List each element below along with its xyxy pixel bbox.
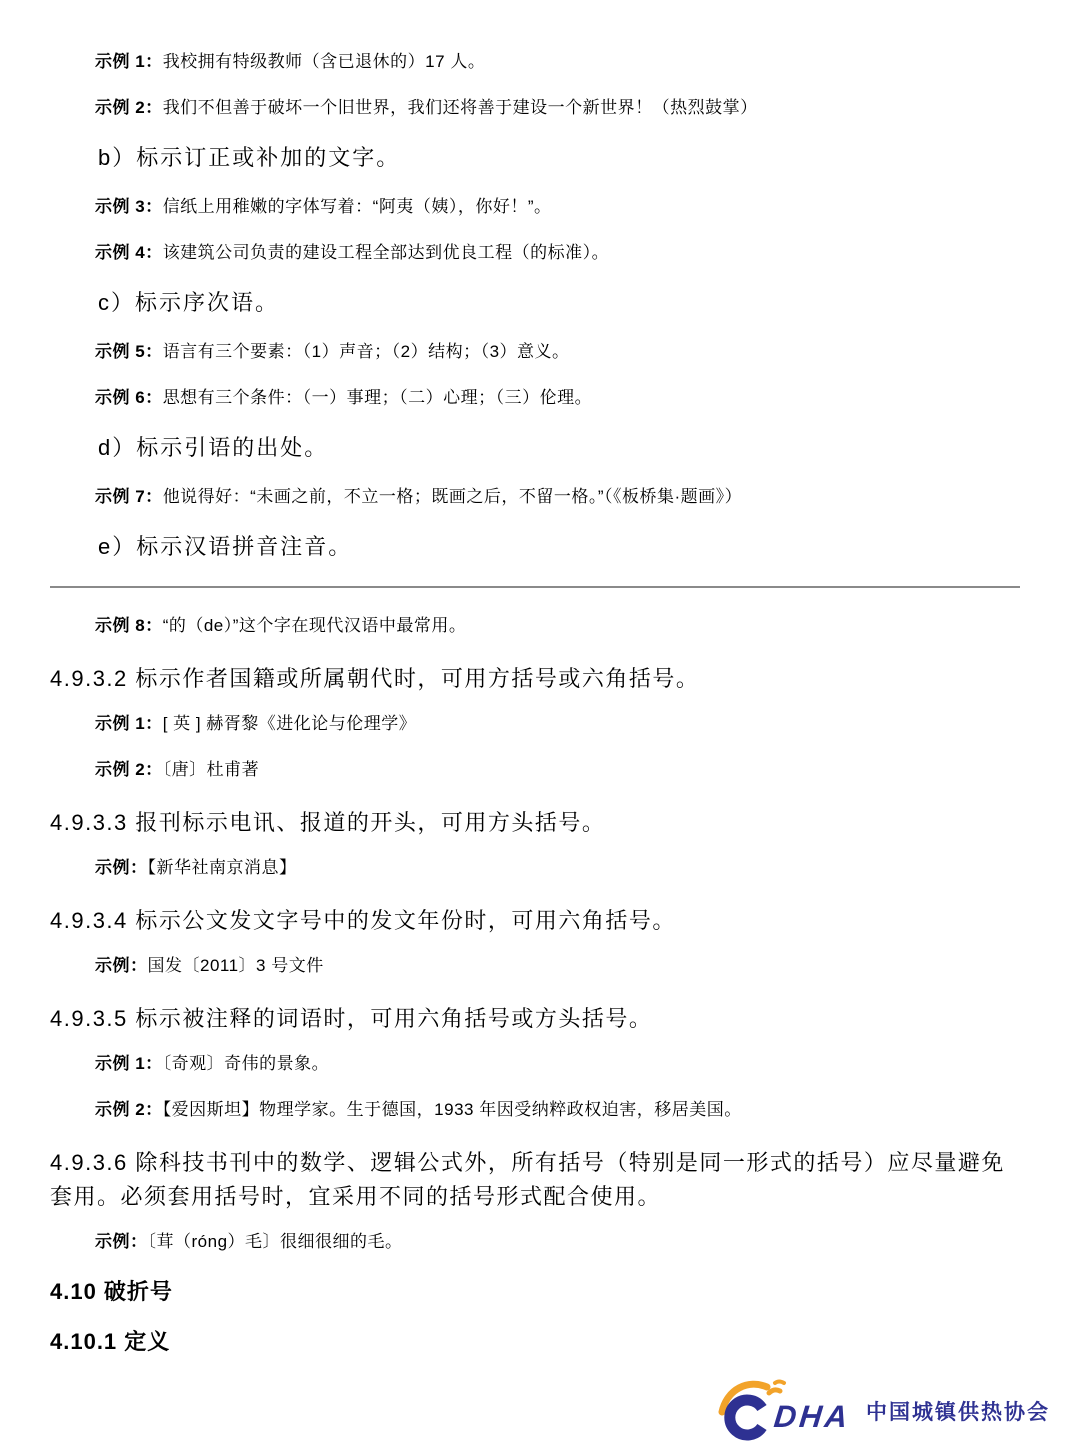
- example-text: 【新华社南京消息】: [148, 858, 297, 877]
- example-text: 〔奇观〕奇伟的景象。: [163, 1054, 330, 1073]
- logo-acronym: DHA: [772, 1399, 852, 1435]
- section-heading-4-10-1: 4.10.1 定义: [50, 1328, 1020, 1355]
- example-line-11: 示例：【新华社南京消息】: [95, 858, 1020, 878]
- example-line-13: 示例 1：〔奇观〕奇伟的景象。: [95, 1054, 1020, 1074]
- document-page: 示例 1：我校拥有特级教师（含已退休的）17 人。 示例 2：我们不但善于破坏一…: [0, 0, 1075, 1450]
- example-line-9: 示例 1：[ 英 ] 赫胥黎《进化论与伦理学》: [95, 714, 1020, 734]
- example-text: 我校拥有特级教师（含已退休的）17 人。: [163, 52, 486, 71]
- example-line-14: 示例 2：【爱因斯坦】物理学家。生于德国，1933 年因受纳粹政权迫害，移居美国…: [95, 1100, 1020, 1120]
- example-label: 示例 3：: [95, 197, 163, 216]
- example-line-6: 示例 6：思想有三个条件：（一）事理；（二）心理；（三）伦理。: [95, 388, 1020, 408]
- example-label: 示例 7：: [95, 487, 163, 506]
- list-item-c: c）标示序次语。: [98, 289, 1020, 316]
- example-line-1: 示例 1：我校拥有特级教师（含已退休的）17 人。: [95, 52, 1020, 72]
- logo-org-name: 中国城镇供热协会: [866, 1396, 1050, 1426]
- example-label: 示例 2：: [95, 760, 163, 779]
- example-label: 示例：: [95, 858, 148, 877]
- example-label: 示例：: [95, 1232, 148, 1251]
- example-label: 示例 8：: [95, 616, 163, 635]
- list-item-e: e）标示汉语拼音注音。: [98, 533, 1020, 560]
- example-label: 示例 5：: [95, 342, 163, 361]
- example-line-3: 示例 3：信纸上用稚嫩的字体写着：“阿夷（姨），你好！”。: [95, 197, 1020, 217]
- example-line-7: 示例 7：他说得好：“未画之前，不立一格；既画之后，不留一格。”（《板桥集·题画…: [95, 487, 1020, 507]
- example-label: 示例 4：: [95, 243, 163, 262]
- example-label: 示例 2：: [95, 1100, 163, 1119]
- example-text: “的（de）”这个字在现代汉语中最常用。: [163, 616, 467, 635]
- example-label: 示例 1：: [95, 714, 163, 733]
- example-label: 示例 2：: [95, 98, 163, 117]
- example-text: 〔茸（róng）毛〕很细很细的毛。: [148, 1232, 403, 1251]
- example-label: 示例 1：: [95, 52, 163, 71]
- example-line-12: 示例：国发〔2011〕3 号文件: [95, 956, 1020, 976]
- example-label: 示例 6：: [95, 388, 163, 407]
- example-text: 【爱因斯坦】物理学家。生于德国，1933 年因受纳粹政权迫害，移居美国。: [163, 1100, 742, 1119]
- example-text: 信纸上用稚嫩的字体写着：“阿夷（姨），你好！”。: [163, 197, 552, 216]
- example-text: 国发〔2011〕3 号文件: [148, 956, 324, 975]
- section-heading-4-9-3-5: 4.9.3.5 标示被注释的词语时，可用六角括号或方头括号。: [50, 1002, 1020, 1036]
- example-label: 示例：: [95, 956, 148, 975]
- example-label: 示例 1：: [95, 1054, 163, 1073]
- example-text: 语言有三个要素：（1）声音；（2）结构；（3）意义。: [163, 342, 570, 361]
- example-text: 思想有三个条件：（一）事理；（二）心理；（三）伦理。: [163, 388, 593, 407]
- example-line-15: 示例：〔茸（róng）毛〕很细很细的毛。: [95, 1232, 1020, 1252]
- example-text: 该建筑公司负责的建设工程全部达到优良工程（的标准）。: [163, 243, 610, 262]
- section-heading-4-9-3-6: 4.9.3.6 除科技书刊中的数学、逻辑公式外，所有括号（特别是同一形式的括号）…: [50, 1146, 1020, 1214]
- example-text: 他说得好：“未画之前，不立一格；既画之后，不留一格。”（《板桥集·题画》）: [163, 487, 742, 506]
- list-item-b: b）标示订正或补加的文字。: [98, 144, 1020, 171]
- example-text: 我们不但善于破坏一个旧世界，我们还将善于建设一个新世界！（热烈鼓掌）: [163, 98, 758, 117]
- example-line-8: 示例 8：“的（de）”这个字在现代汉语中最常用。: [95, 616, 1020, 636]
- example-line-4: 示例 4：该建筑公司负责的建设工程全部达到优良工程（的标准）。: [95, 243, 1020, 263]
- list-item-d: d）标示引语的出处。: [98, 434, 1020, 461]
- cdha-logo: DHA 中国城镇供热协会: [716, 1376, 1050, 1442]
- example-line-2: 示例 2：我们不但善于破坏一个旧世界，我们还将善于建设一个新世界！（热烈鼓掌）: [95, 98, 1020, 118]
- example-line-10: 示例 2：〔唐〕杜甫著: [95, 760, 1020, 780]
- example-text: [ 英 ] 赫胥黎《进化论与伦理学》: [163, 714, 417, 733]
- section-heading-4-9-3-2: 4.9.3.2 标示作者国籍或所属朝代时，可用方括号或六角括号。: [50, 662, 1020, 696]
- section-heading-4-9-3-4: 4.9.3.4 标示公文发文字号中的发文年份时，可用六角括号。: [50, 904, 1020, 938]
- section-heading-4-9-3-3: 4.9.3.3 报刊标示电讯、报道的开头，可用方头括号。: [50, 806, 1020, 840]
- section-heading-4-10: 4.10 破折号: [50, 1278, 1020, 1305]
- example-line-5: 示例 5：语言有三个要素：（1）声音；（2）结构；（3）意义。: [95, 342, 1020, 362]
- page-break-divider: [50, 586, 1020, 588]
- example-text: 〔唐〕杜甫著: [163, 760, 260, 779]
